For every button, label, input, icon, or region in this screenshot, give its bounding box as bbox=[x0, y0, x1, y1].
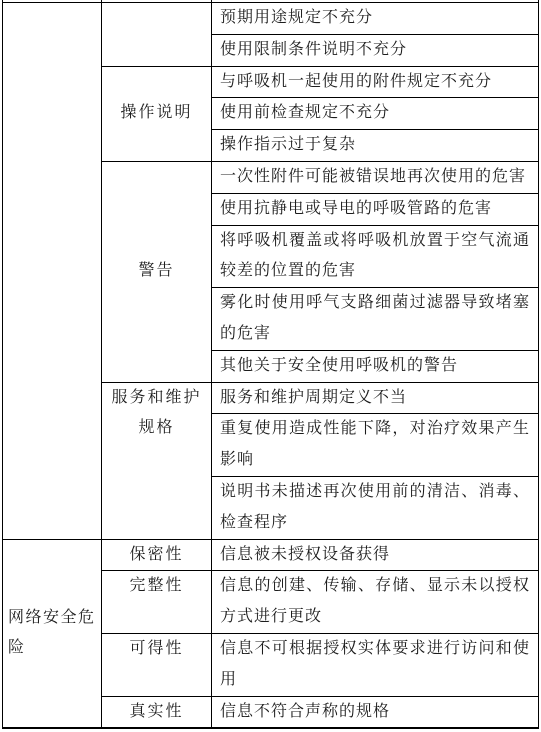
description-cell: 使用抗静电或导电的呼吸管路的危害 bbox=[212, 193, 539, 225]
description-cell: 信息不可根据授权实体要求进行访问和使用 bbox=[212, 633, 539, 696]
description-cell: 一次性附件可能被错误地再次使用的危害 bbox=[212, 161, 539, 193]
description-cell: 将呼吸机覆盖或将呼吸机放置于空气流通较差的位置的危害 bbox=[212, 225, 539, 288]
category-cell-empty bbox=[3, 3, 102, 540]
description-cell: 雾化时使用呼气支路细菌过滤器导致堵塞的危害 bbox=[212, 288, 539, 351]
subcategory-cell-empty bbox=[102, 3, 212, 67]
subcategory-cell-availability: 可得性 bbox=[102, 633, 212, 696]
subcategory-cell-authenticity: 真实性 bbox=[102, 696, 212, 728]
subcategory-cell-service-maintenance: 服务和维护规格 bbox=[102, 382, 212, 539]
description-cell: 重复使用造成性能下降，对治疗效果产生影响 bbox=[212, 414, 539, 477]
description-cell: 使用前检查规定不充分 bbox=[212, 98, 539, 130]
subcategory-cell-confidentiality: 保密性 bbox=[102, 539, 212, 571]
hazard-table: 预期用途规定不充分 使用限制条件说明不充分 操作说明 与呼吸机一起使用的附件规定… bbox=[2, 0, 539, 729]
description-cell: 其他关于安全使用呼吸机的警告 bbox=[212, 350, 539, 382]
subcategory-cell-integrity: 完整性 bbox=[102, 571, 212, 634]
description-cell: 信息被未授权设备获得 bbox=[212, 539, 539, 571]
description-cell: 说明书未描述再次使用前的清洁、消毒、检查程序 bbox=[212, 476, 539, 539]
description-cell: 服务和维护周期定义不当 bbox=[212, 382, 539, 414]
description-cell: 预期用途规定不充分 bbox=[212, 3, 539, 35]
subcategory-cell-warnings: 警告 bbox=[102, 161, 212, 382]
description-cell: 信息不符合声称的规格 bbox=[212, 696, 539, 728]
description-cell: 使用限制条件说明不充分 bbox=[212, 34, 539, 66]
table-row: 网络安全危险 保密性 信息被未授权设备获得 bbox=[3, 539, 539, 571]
description-cell: 信息的创建、传输、存储、显示未以授权方式进行更改 bbox=[212, 571, 539, 634]
description-cell: 操作指示过于复杂 bbox=[212, 130, 539, 162]
subcategory-cell-operating-instructions: 操作说明 bbox=[102, 66, 212, 161]
category-cell-network-security: 网络安全危险 bbox=[3, 539, 102, 728]
table-row: 预期用途规定不充分 bbox=[3, 3, 539, 35]
description-cell: 与呼吸机一起使用的附件规定不充分 bbox=[212, 66, 539, 98]
